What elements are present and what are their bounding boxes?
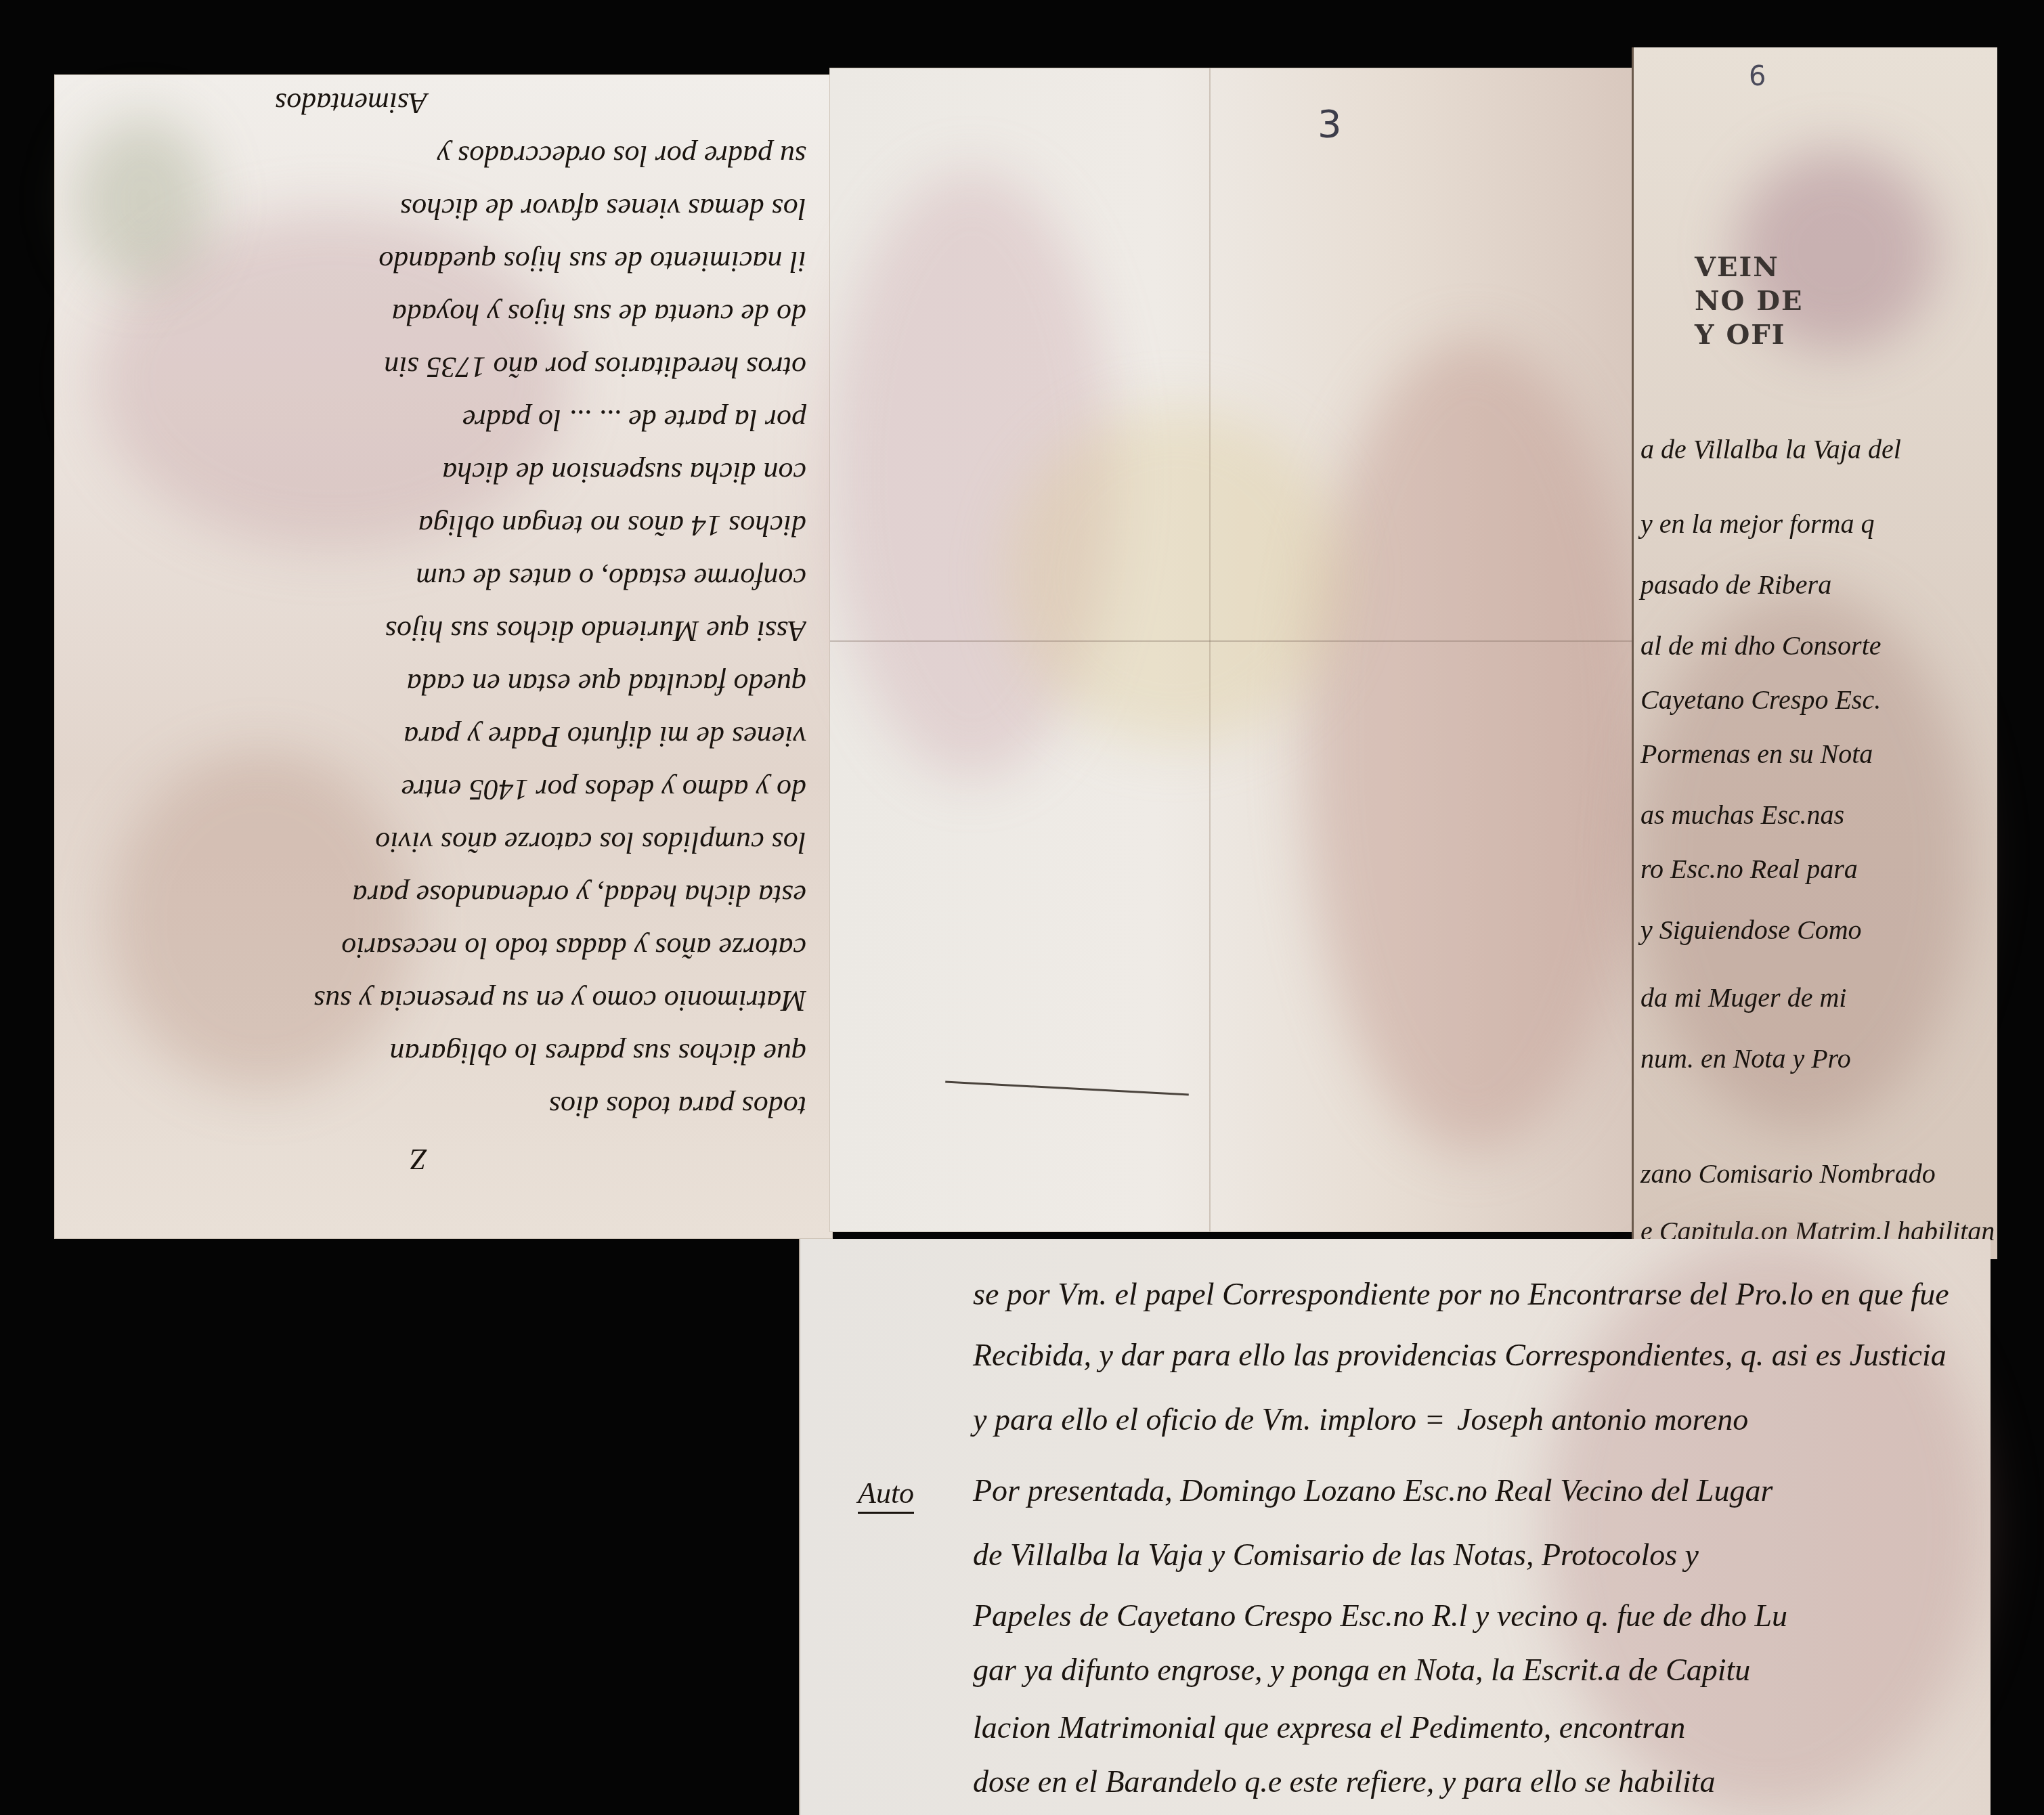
text-line: as muchas Esc.nas [1640,799,1844,831]
bottom-page: Auto se por Vm. el papel Correspondiente… [799,1239,1991,1815]
text-line: conforme estado, o antes de cum [82,552,806,605]
text-line: Asimentados [82,76,806,129]
text-line: Matrimonio como y en su presencia y sus [82,974,806,1027]
text-line: gar ya difunto engrose, y ponga en Nota,… [973,1652,1750,1688]
official-seal-stamp: VEIN NO DE Y OFI [1695,250,1804,352]
text-line: Cayetano Crespo Esc. [1640,684,1881,716]
text-line: se por Vm. el papel Correspondiente por … [973,1276,1949,1312]
text-line: il nacimiento de sus hijos quedando [82,235,806,288]
text-line: de Villalba la Vaja y Comisario de las N… [973,1537,1699,1573]
text-line: Assi que Muriendo dichos sus hijos [82,605,806,657]
text-line: y para ello el oficio de Vm. imploro = [973,1401,1445,1437]
text-line: dose en el Barandelo q.e este refiere, y… [973,1764,1716,1799]
text-line: quedo facultad que estan en cada [82,657,806,710]
signature: Joseph antonio moreno [1457,1401,1748,1437]
text-line: su padre por los ordeccrados y [82,129,806,182]
text-line: Pormenas en su Nota [1640,738,1873,770]
text-line: Z [82,1133,806,1185]
folio-number-right: 6 [1749,61,1766,92]
text-line: num. en Nota y Pro [1640,1043,1851,1074]
text-line: Por presentada, Domingo Lozano Esc.no Re… [973,1472,1773,1508]
text-line: pasado de Ribera [1640,569,1831,600]
vertical-fold [1209,68,1211,1231]
text-line: y en la mejor forma q [1640,508,1875,540]
paper-tear [945,1081,1189,1096]
text-line: dichos 14 años no tengan obliga [82,499,806,552]
text-line: da mi Muger de mi [1640,982,1846,1013]
text-line: ro Esc.no Real para [1640,853,1858,885]
text-line: zano Comisario Nombrado [1640,1158,1936,1189]
text-line: y Siguiendose Como [1640,914,1862,946]
text-line: Papeles de Cayetano Crespo Esc.no R.l y … [973,1598,1787,1634]
text-line: Recibida, y dar para ello las providenci… [973,1337,1947,1373]
text-line: por la parte de ... ... lo padre [82,393,806,446]
horizontal-fold [830,640,1641,642]
text-line: todos para todos dios [82,1080,806,1133]
folio-number: 3 [1318,102,1342,146]
stamp-line: NO DE [1695,284,1804,318]
text-line: con dicha suspension de dicha [82,446,806,499]
left-page: Z todos para todos dios que dichos sus p… [54,74,833,1239]
text-line: catorze años y dadas todo lo necesario [82,921,806,974]
middle-blank-page: 3 [829,68,1642,1232]
margin-label-auto: Auto [858,1476,914,1514]
left-page-text-upside-down: Z todos para todos dios que dichos sus p… [82,407,806,1185]
stamp-line: Y OFI [1695,318,1804,352]
text-line: los demas vienes afavor de dichos [82,182,806,235]
stamp-line: VEIN [1695,250,1804,284]
right-page: 6 VEIN NO DE Y OFI a de Villalba la Vaja… [1632,47,1997,1259]
text-line: vienes de mi difunto Padre y para [82,710,806,763]
text-line: otros hereditarios por año 1735 sin [82,341,806,393]
text-line: al de mi dho Consorte [1640,630,1882,661]
text-line: a de Villalba la Vaja del [1640,433,1901,465]
text-line: los cumplidos los catorze años vivio [82,816,806,869]
text-line: do de cuenta de sus hijos y hoyada [82,288,806,341]
text-line: que dichos sus padres lo obligaran [82,1027,806,1080]
text-line: esta dicha hedad, y ordenandose para [82,869,806,921]
text-line: lacion Matrimonial que expresa el Pedime… [973,1709,1685,1745]
text-line: do y admo y dedos por 1405 entre [82,763,806,816]
